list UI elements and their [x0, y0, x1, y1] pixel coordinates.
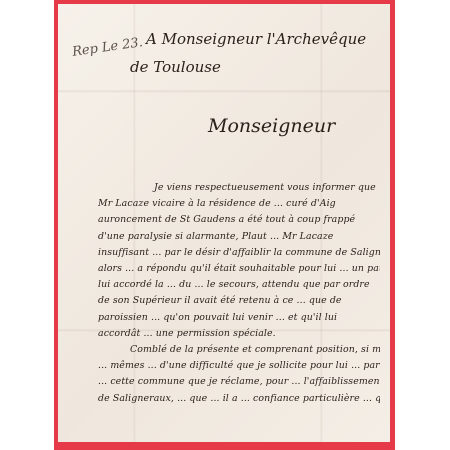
body-line: auroncement de St Gaudens a été tout à c…: [98, 212, 380, 228]
body-line: de son Supérieur il avait été retenu à c…: [98, 293, 380, 309]
letter-body: Je viens respectueusement vous informer …: [98, 180, 380, 407]
body-line: accordât ... une permission spéciale.: [98, 326, 380, 342]
address-line-1: A Monseigneur l'Archevêque: [146, 30, 366, 48]
body-line: d'une paralysie si alarmante, Plaut ... …: [98, 229, 380, 245]
body-line: insuffisant ... par le désir d'affaiblir…: [98, 245, 380, 261]
address-line-2: de Toulouse: [130, 58, 221, 76]
body-line: lui accordé la ... du ... le secours, at…: [98, 277, 380, 293]
body-line: ... mêmes ... d'une difficulté que je so…: [98, 358, 380, 374]
body-line: Je viens respectueusement vous informer …: [98, 180, 380, 196]
body-line: alors ... a répondu qu'il était souhaita…: [98, 261, 380, 277]
body-line: paroissien ... qu'on pouvait lui venir .…: [98, 310, 380, 326]
body-line: ... cette commune que je réclame, pour .…: [98, 374, 380, 390]
body-line: de Saligneraux, ... que ... il a ... con…: [98, 391, 380, 407]
body-line: Mr Lacaze vicaire à la résidence de ... …: [98, 196, 380, 212]
salutation: Monseigneur: [208, 115, 335, 137]
body-line: Comblé de la présente et comprenant posi…: [98, 342, 380, 358]
